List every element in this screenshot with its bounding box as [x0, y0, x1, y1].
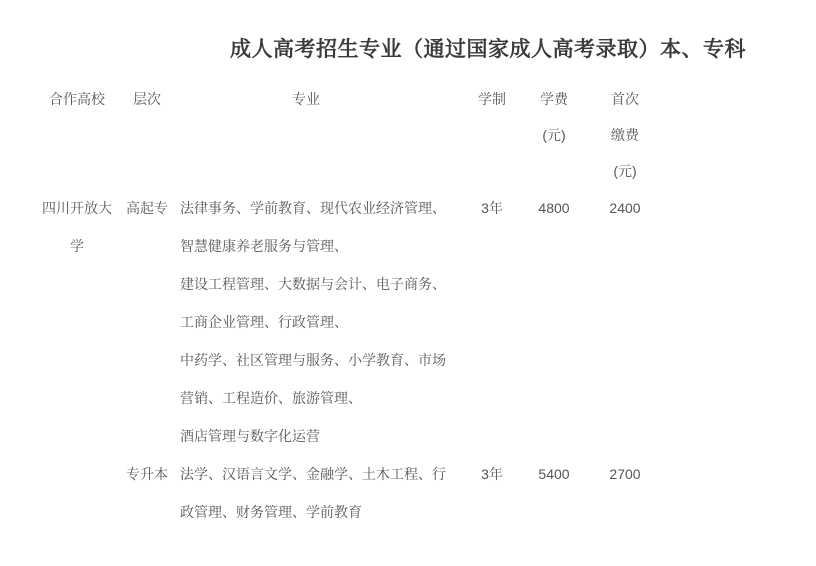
- cell-duration: 3年: [460, 189, 524, 455]
- table-row: 专升本 法学、汉语言文学、金融学、土木工程、行 政管理、财务管理、学前教育 3年…: [40, 455, 666, 531]
- table-row: 四川开放大 学 高起专 法律事务、学前教育、现代农业经济管理、 智慧健康养老服务…: [40, 189, 666, 455]
- cell-first-payment: 2400: [584, 189, 666, 455]
- cell-majors: 法学、汉语言文学、金融学、土木工程、行 政管理、财务管理、学前教育: [180, 455, 460, 531]
- cell-school: 四川开放大 学: [40, 189, 114, 455]
- cell-tuition: 4800: [524, 189, 584, 455]
- cell-tuition: 5400: [524, 455, 584, 531]
- col-header-major: 专业: [180, 81, 460, 189]
- col-header-first-payment: 首次 缴费 (元): [584, 81, 666, 189]
- col-header-tuition: 学费 (元): [524, 81, 584, 189]
- cell-duration: 3年: [460, 455, 524, 531]
- page-title: 成人高考招生专业（通过国家成人高考录取）本、专科: [230, 33, 746, 63]
- majors-table: 合作高校 层次 专业 学制 学费 (元) 首次 缴费 (元) 四川开放大 学 高…: [40, 81, 666, 531]
- col-header-school: 合作高校: [40, 81, 114, 189]
- table-header-row: 合作高校 层次 专业 学制 学费 (元) 首次 缴费 (元): [40, 81, 666, 189]
- cell-level: 专升本: [114, 455, 180, 531]
- cell-majors: 法律事务、学前教育、现代农业经济管理、 智慧健康养老服务与管理、 建设工程管理、…: [180, 189, 460, 455]
- cell-level: 高起专: [114, 189, 180, 455]
- page: 成人高考招生专业（通过国家成人高考录取）本、专科 合作高校 层次 专业 学制 学…: [0, 0, 816, 566]
- col-header-level: 层次: [114, 81, 180, 189]
- col-header-duration: 学制: [460, 81, 524, 189]
- cell-first-payment: 2700: [584, 455, 666, 531]
- cell-school: [40, 455, 114, 531]
